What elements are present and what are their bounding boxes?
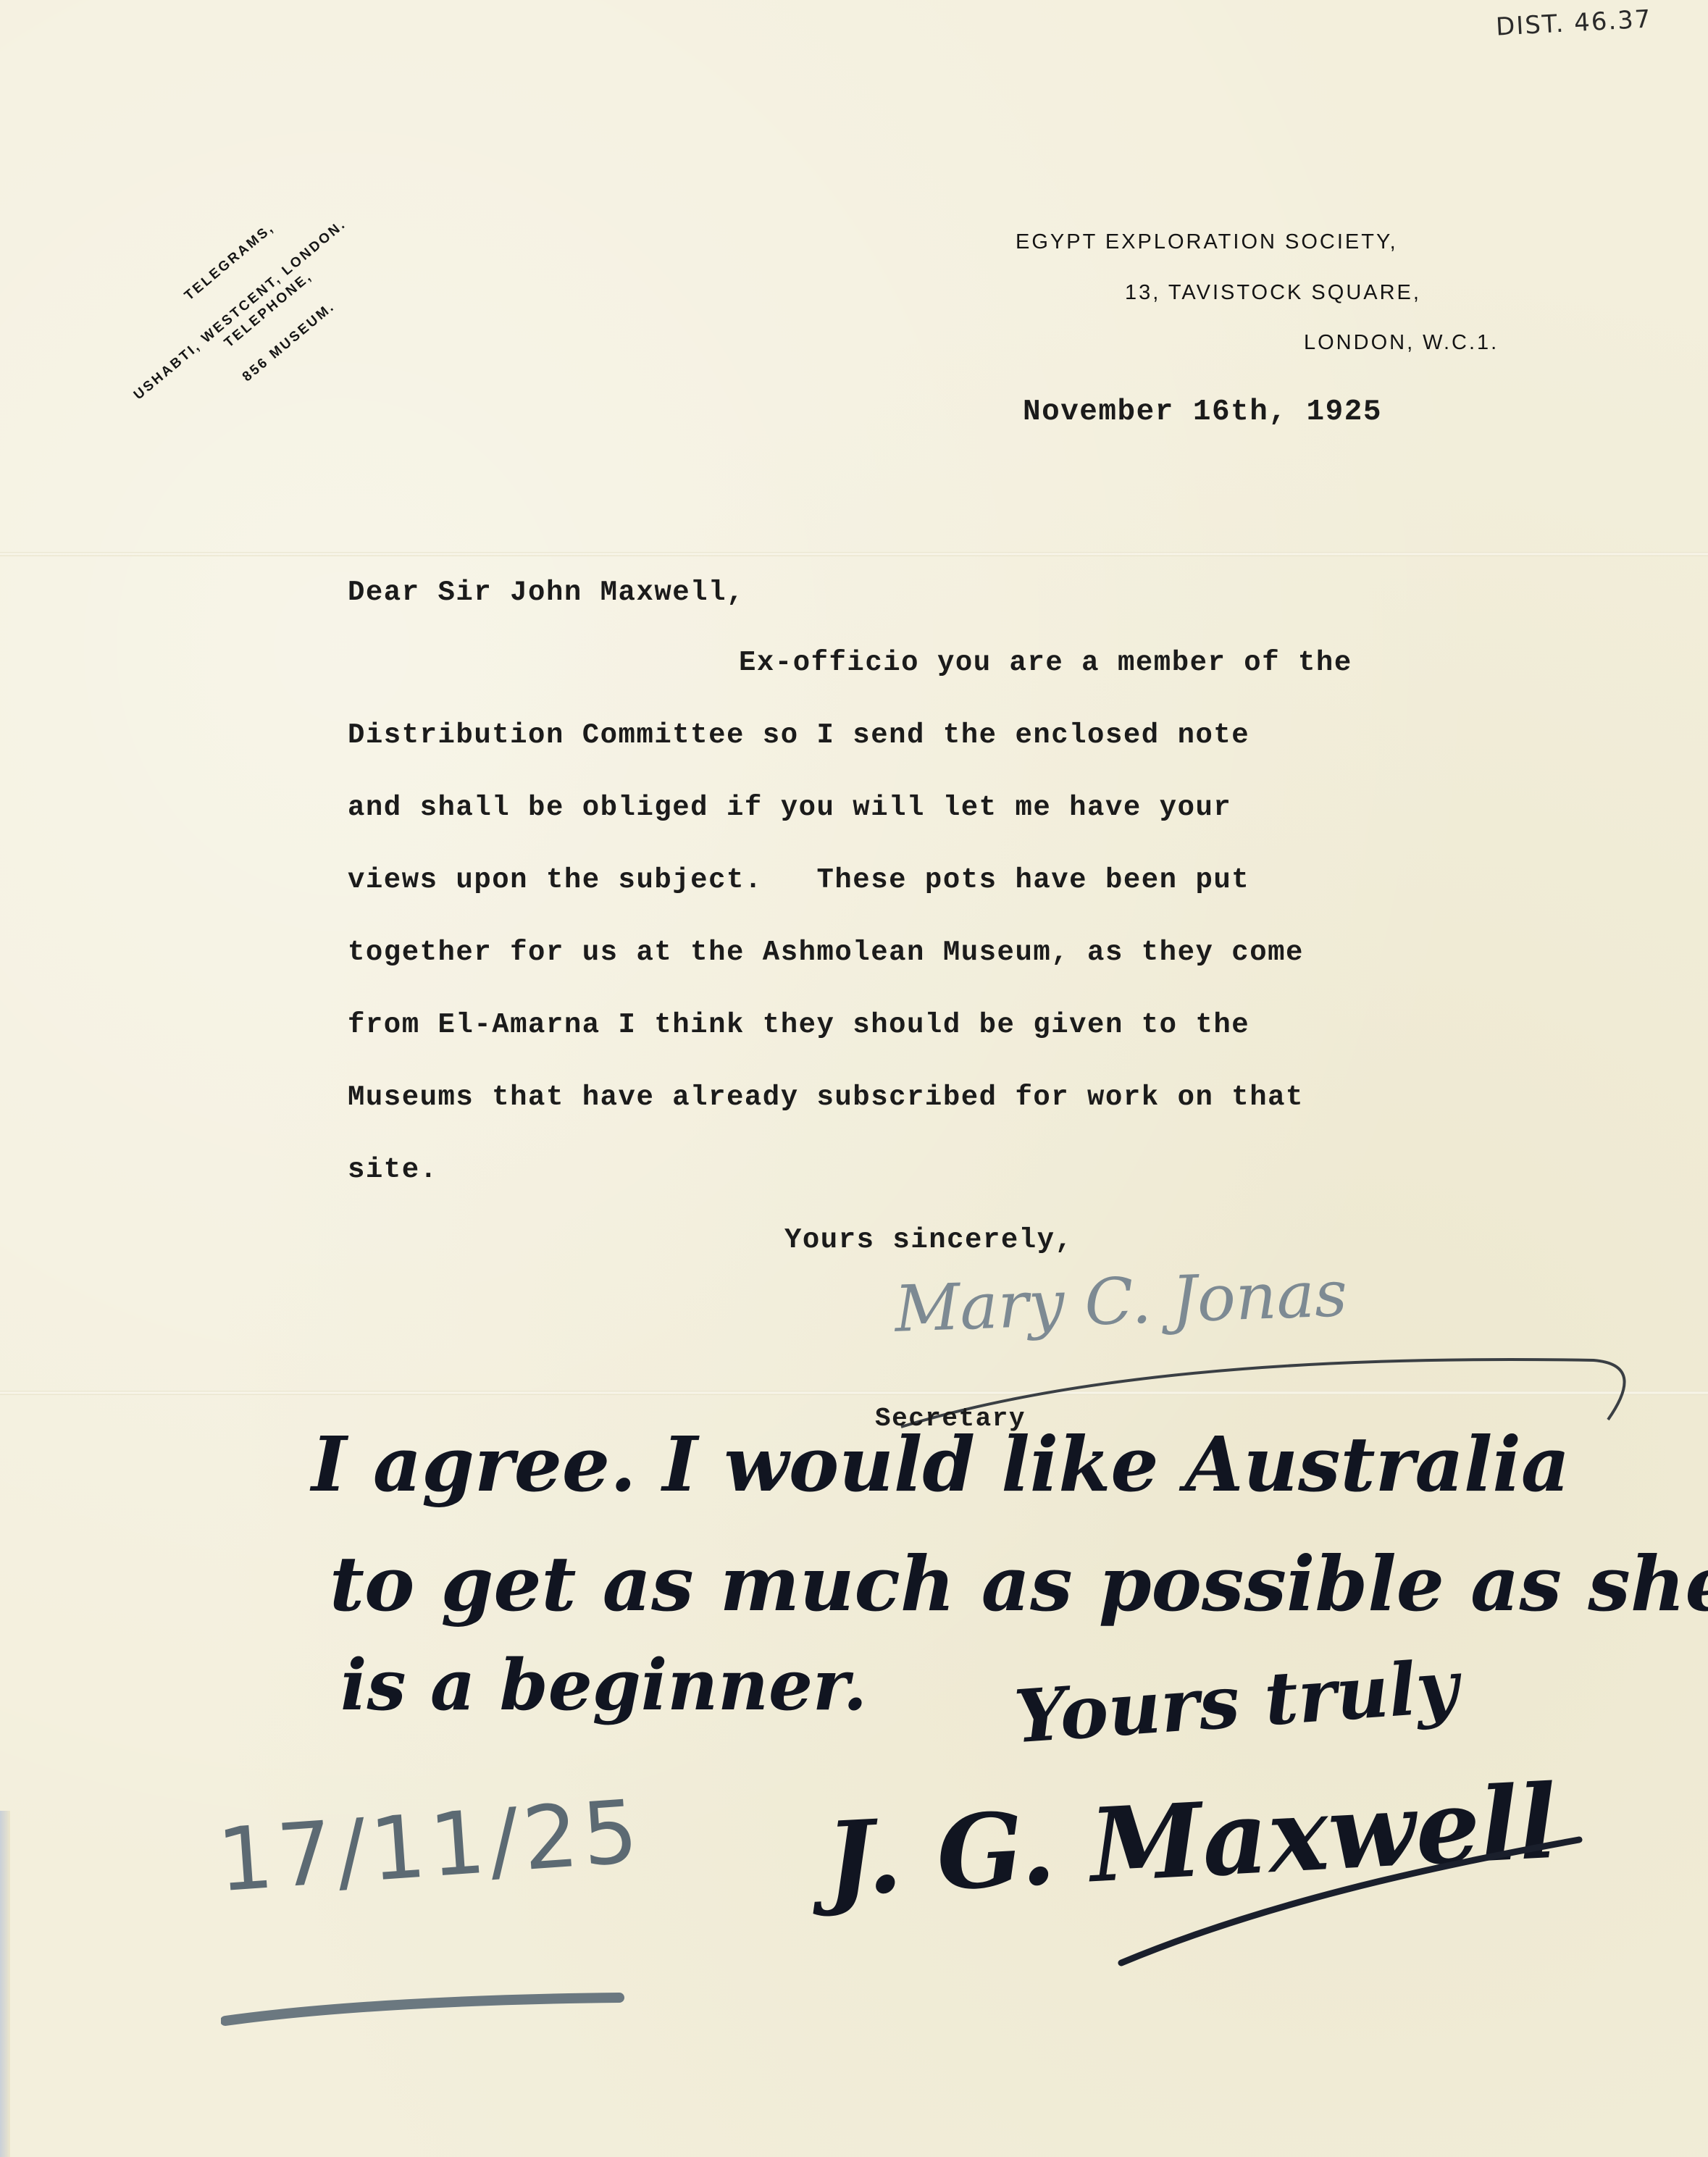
- letter-paper: DIST. 46.37 TELEGRAMS, USHABTI, WESTCENT…: [0, 0, 1708, 2157]
- body-line: and shall be obliged if you will let me …: [348, 792, 1231, 824]
- body-line: views upon the subject. These pots have …: [348, 864, 1249, 896]
- handwritten-valediction: Yours truly: [1012, 1643, 1461, 1760]
- body-line: together for us at the Ashmolean Museum,…: [348, 937, 1304, 968]
- handwritten-note-line: to get as much as possible as she: [330, 1539, 1708, 1628]
- letterhead-city: LONDON, W.C.1.: [1304, 331, 1499, 355]
- handwritten-note-line: is a beginner.: [340, 1644, 867, 1726]
- signature-underline: [1115, 1825, 1594, 1970]
- body-line: Ex-officio you are a member of the: [739, 647, 1352, 679]
- body-line: Distribution Committee so I send the enc…: [348, 719, 1249, 751]
- letter-date: November 16th, 1925: [1023, 395, 1382, 429]
- closing: Yours sincerely,: [784, 1224, 1073, 1256]
- secretary-signature: Mary C. Jonas: [893, 1256, 1348, 1346]
- archive-reference-code: DIST. 46.37: [1495, 4, 1652, 41]
- letterhead-organization: EGYPT EXPLORATION SOCIETY,: [1016, 230, 1398, 254]
- letterhead-street: 13, TAVISTOCK SQUARE,: [1125, 281, 1421, 305]
- body-line: site.: [348, 1154, 438, 1186]
- handwritten-note-line: I agree. I would like Australia: [311, 1420, 1570, 1509]
- telegram-info-stamp: TELEGRAMS, USHABTI, WESTCENT, LONDON. TE…: [109, 167, 413, 398]
- paper-edge: [0, 1811, 10, 2157]
- date-underline: [221, 1985, 627, 2028]
- paper-fold-upper: [0, 552, 1708, 556]
- handwritten-date: 17/11/25: [214, 1782, 645, 1912]
- body-line: from El-Amarna I think they should be gi…: [348, 1009, 1249, 1041]
- body-line: Museums that have already subscribed for…: [348, 1081, 1304, 1113]
- salutation: Dear Sir John Maxwell,: [348, 577, 745, 608]
